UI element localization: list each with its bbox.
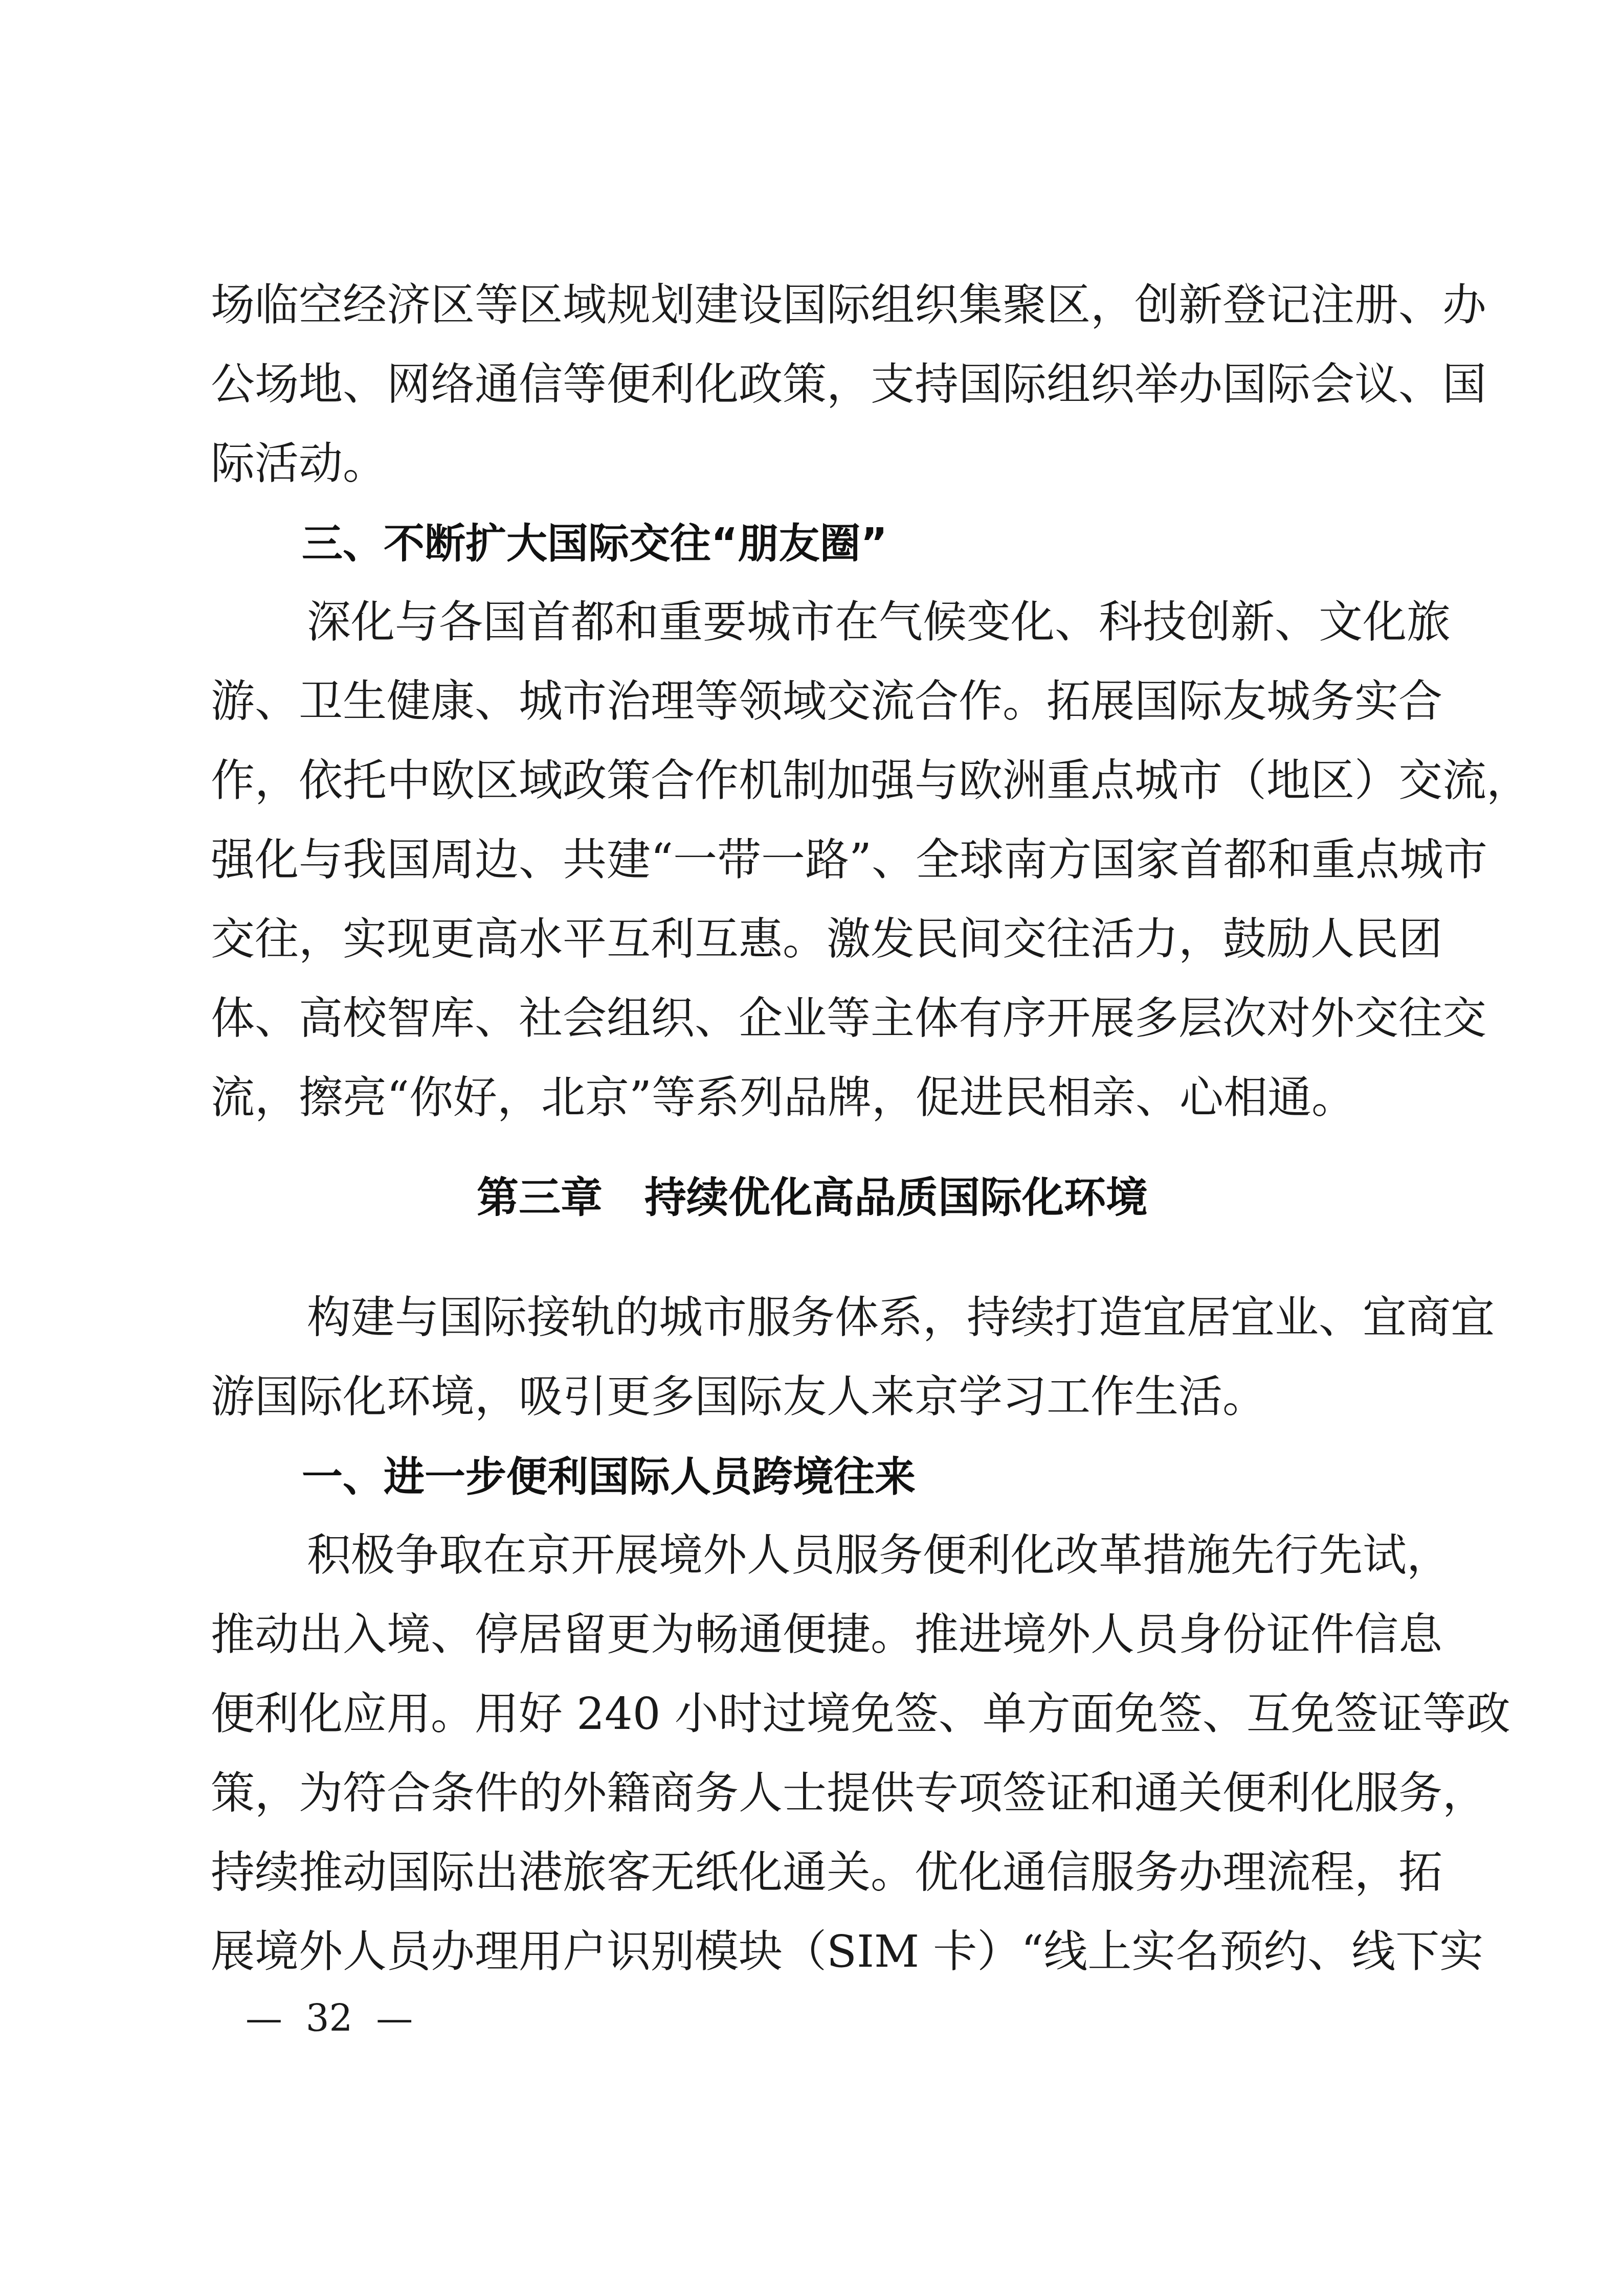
text-line: 展境外人员办理用户识别模块（SIM 卡）“线上实名预约、线下实: [211, 1912, 1414, 1992]
paragraph-continued: 场临空经济区等区域规划建设国际组织集聚区，创新登记注册、办 公场地、网络通信等便…: [211, 266, 1414, 504]
text-line: 作，依托中欧区域政策合作机制加强与欧洲重点城市（地区）交流，: [211, 741, 1414, 821]
text-line: 便利化应用。用好 240 小时过境免签、单方面免签、互免签证等政: [211, 1675, 1414, 1754]
body-text: 场临空经济区等区域规划建设国际组织集聚区，创新登记注册、办 公场地、网络通信等便…: [211, 266, 1414, 1992]
chapter-heading: 第三章 持续优化高品质国际化环境: [211, 1158, 1414, 1237]
text-line: 体、高校智库、社会组织、企业等主体有序开展多层次对外交往交: [211, 979, 1414, 1059]
text-line: 游国际化环境，吸引更多国际友人来京学习工作生活。: [211, 1358, 1414, 1437]
text-line: 交往，实现更高水平互利互惠。激发民间交往活力，鼓励人民团: [211, 900, 1414, 979]
text-line: 公场地、网络通信等便利化政策，支持国际组织举办国际会议、国: [211, 345, 1414, 424]
text-line: 积极争取在京开展境外人员服务便利化改革措施先行先试，: [211, 1516, 1414, 1595]
paragraph-international-exchange: 深化与各国首都和重要城市在气候变化、科技创新、文化旅 游、卫生健康、城市治理等领…: [211, 583, 1414, 1138]
text-line: 游、卫生健康、城市治理等领域交流合作。拓展国际友城务实合: [211, 662, 1414, 741]
text-line: 构建与国际接轨的城市服务体系，持续打造宜居宜业、宜商宜: [211, 1278, 1414, 1358]
text-line: 际活动。: [211, 424, 1414, 504]
page-number: — 32 —: [246, 1997, 413, 2040]
text-line: 策，为符合条件的外籍商务人士提供专项签证和通关便利化服务，: [211, 1754, 1414, 1833]
section-heading-3: 三、不断扩大国际交往“朋友圈”: [211, 504, 1414, 583]
text-line: 强化与我国周边、共建“一带一路”、全球南方国家首都和重点城市: [211, 821, 1414, 900]
document-page: 场临空经济区等区域规划建设国际组织集聚区，创新登记注册、办 公场地、网络通信等便…: [0, 0, 1624, 2296]
text-line: 深化与各国首都和重要城市在气候变化、科技创新、文化旅: [211, 583, 1414, 662]
paragraph-chapter-intro: 构建与国际接轨的城市服务体系，持续打造宜居宜业、宜商宜 游国际化环境，吸引更多国…: [211, 1278, 1414, 1437]
text-line: 流，擦亮“你好，北京”等系列品牌，促进民相亲、心相通。: [211, 1059, 1414, 1138]
text-line: 持续推动国际出港旅客无纸化通关。优化通信服务办理流程，拓: [211, 1833, 1414, 1912]
section-heading-1: 一、进一步便利国际人员跨境往来: [211, 1437, 1414, 1516]
paragraph-cross-border: 积极争取在京开展境外人员服务便利化改革措施先行先试， 推动出入境、停居留更为畅通…: [211, 1516, 1414, 1992]
text-line: 场临空经济区等区域规划建设国际组织集聚区，创新登记注册、办: [211, 266, 1414, 345]
text-line: 推动出入境、停居留更为畅通便捷。推进境外人员身份证件信息: [211, 1595, 1414, 1675]
